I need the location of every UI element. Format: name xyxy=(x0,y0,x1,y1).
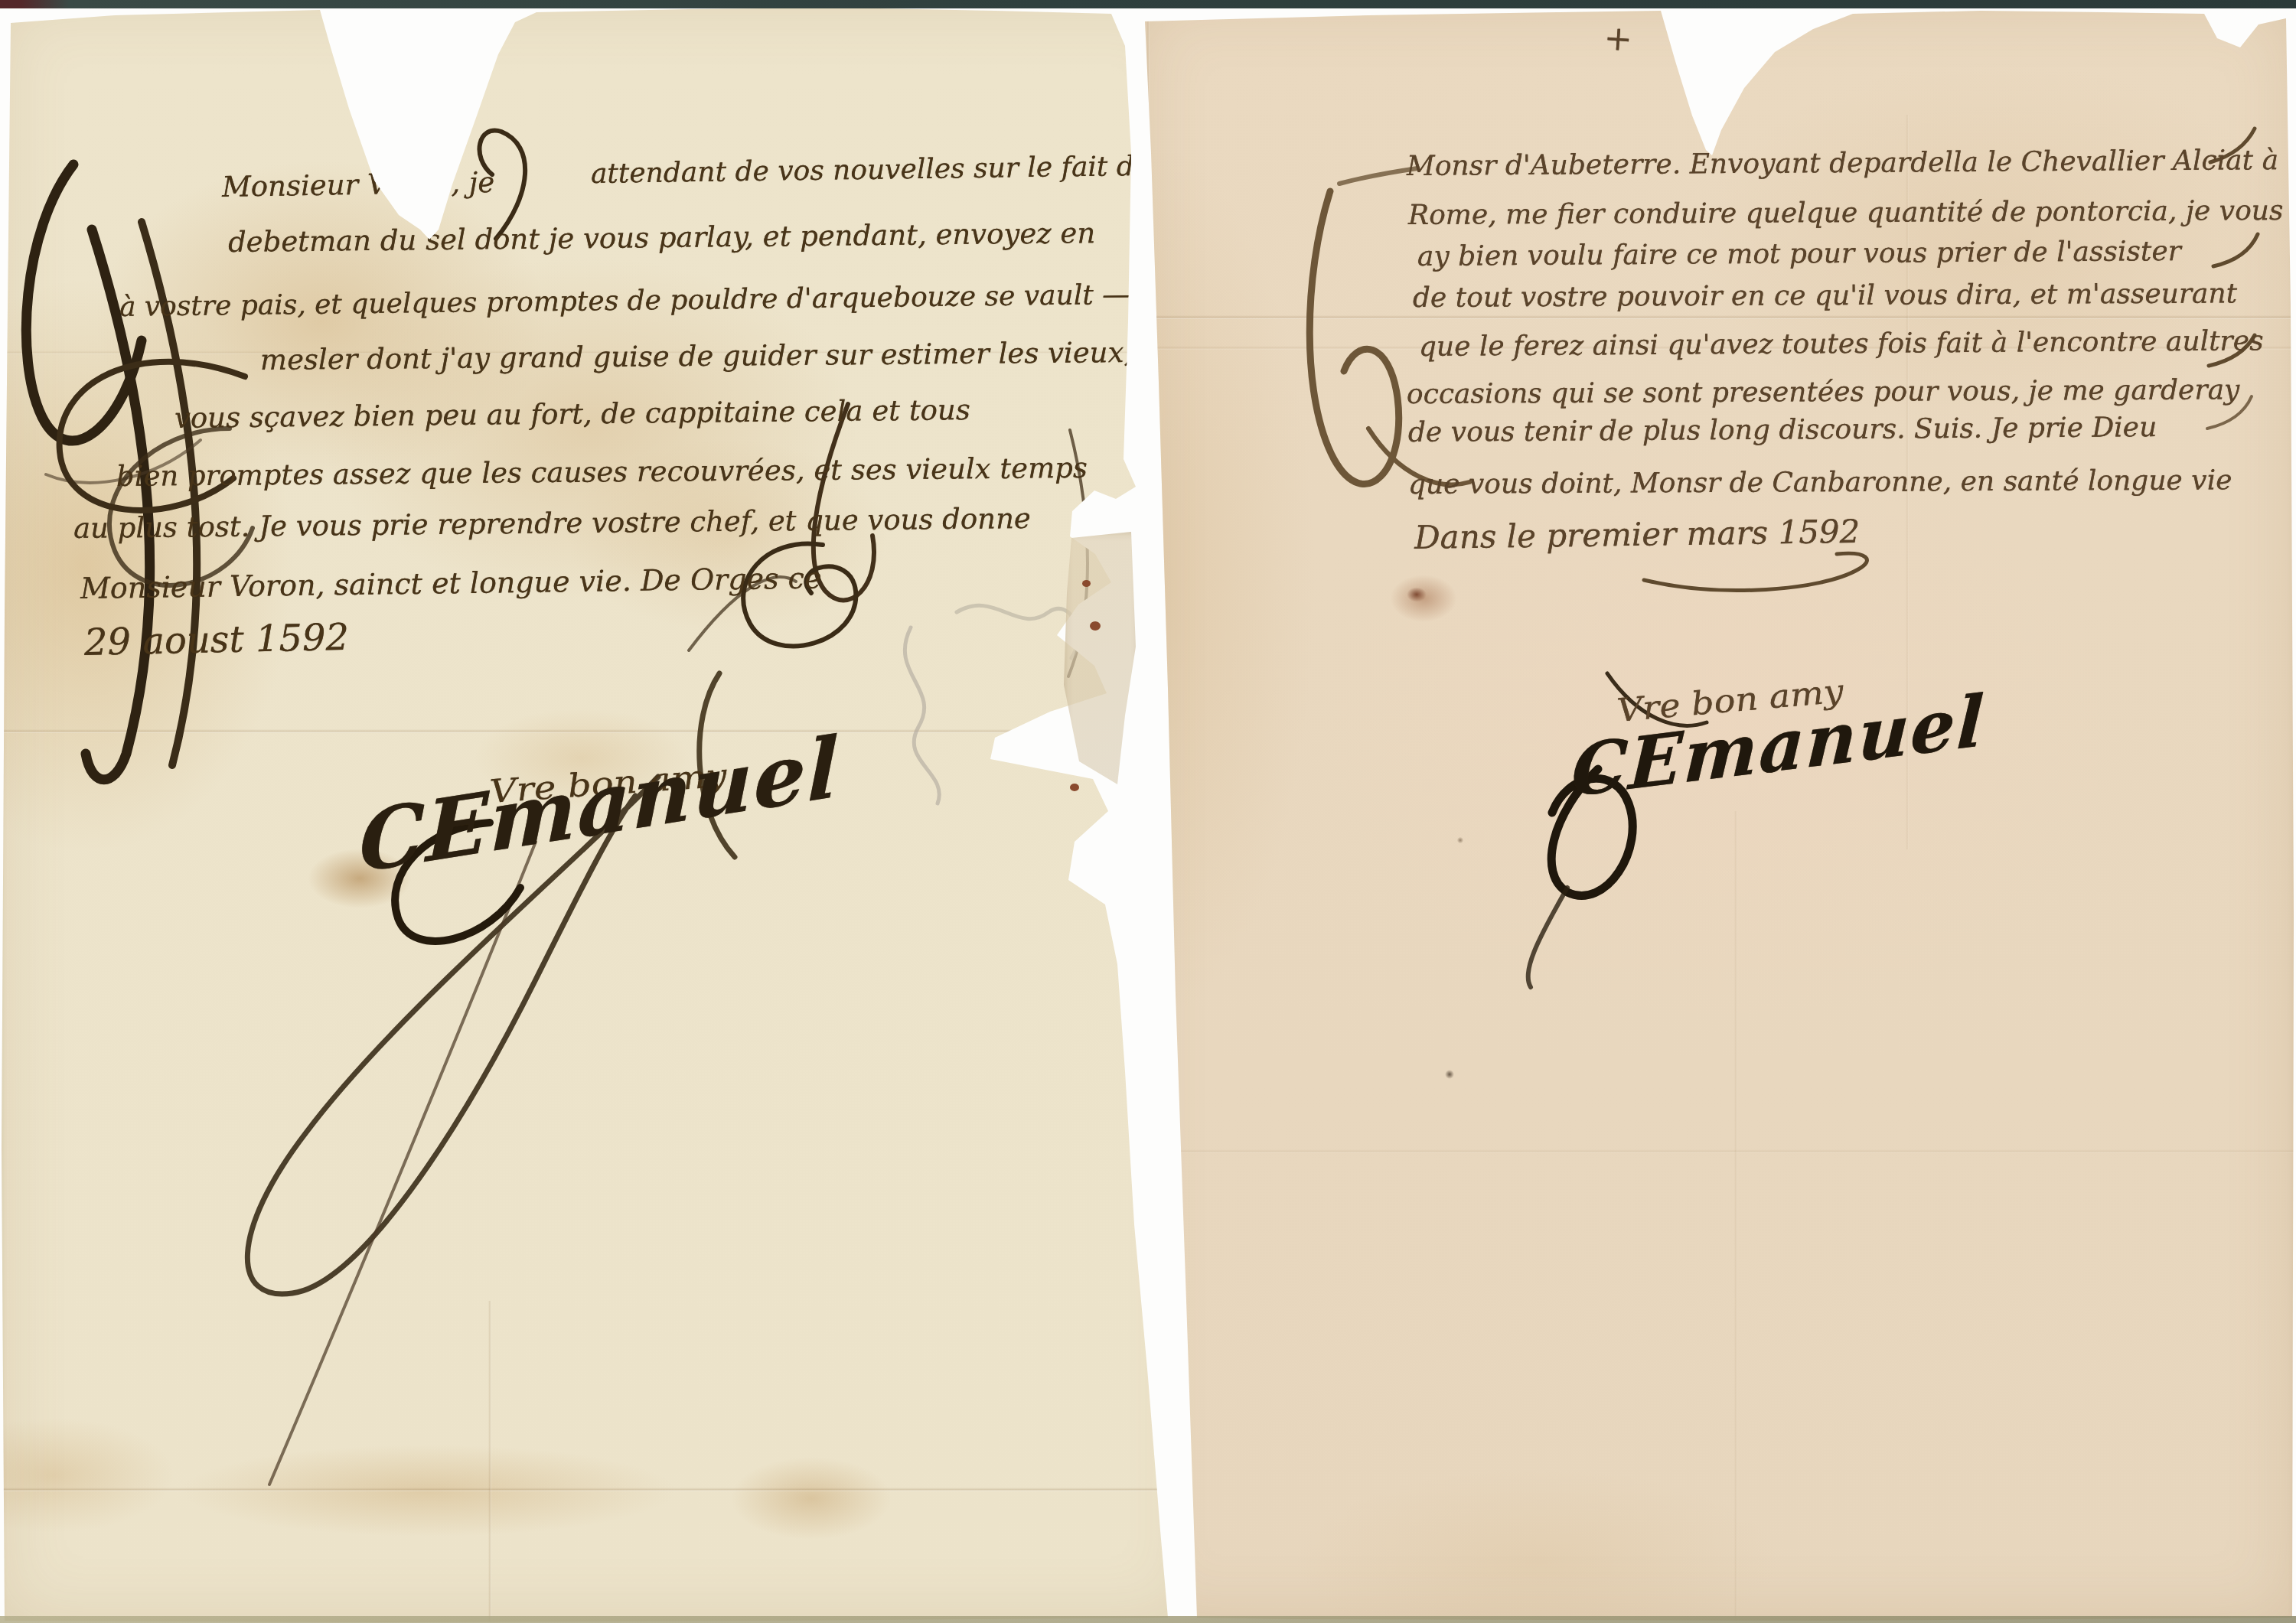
cross-mark: + xyxy=(1603,21,1633,57)
rust-speck xyxy=(1082,580,1091,587)
rust-speck xyxy=(1090,621,1101,631)
handwriting-line: à vostre pais, et quelques promptes de p… xyxy=(119,282,1130,321)
scanner-edge-bottom xyxy=(0,1616,2296,1623)
handwriting-line: que le ferez ainsi qu'avez toutes fois f… xyxy=(1419,328,2264,361)
handwriting-line: mesler dont j'ay grand guise de guider s… xyxy=(260,337,1189,374)
fold-line xyxy=(1139,315,2296,319)
handwriting-line: de tout vostre pouvoir en ce qu'il vous … xyxy=(1413,280,2237,312)
signature: CEmanuel xyxy=(359,725,840,885)
handwriting-line: vous sçavez bien peu au fort, de cappita… xyxy=(174,396,970,432)
handwriting-line: Monsieur Voron, je xyxy=(222,168,495,201)
handwriting-line: de vous tenir de plus long discours. Sui… xyxy=(1408,414,2157,447)
letter-left-paper: Monsieur Voron, je attendant de vos nouv… xyxy=(0,0,1194,1623)
handwriting-line: occasions qui se sont presentées pour vo… xyxy=(1407,376,2240,409)
handwriting-line: ay bien voulu faire ce mot pour vous pri… xyxy=(1417,238,2181,271)
scanner-edge-top xyxy=(0,0,2296,8)
handwriting-line: attendant de vos nouvelles sur le fait d… xyxy=(591,153,1165,188)
scanned-letters: Monsieur Voron, je attendant de vos nouv… xyxy=(0,0,2296,1623)
handwriting-line: que vous doint, Monsr de Canbaronne, en … xyxy=(1408,467,2232,499)
rust-speck xyxy=(1070,784,1079,791)
crease-line xyxy=(488,1301,491,1623)
handwriting-line: au plus tost. Je vous prie reprendre vos… xyxy=(73,504,1031,543)
fold-line xyxy=(1139,1149,2296,1153)
letter-right-paper: + Monsr d'Aubeterre. Envoyant depardella… xyxy=(1139,0,2296,1623)
handwriting-line: bien promptes assez que les causes recou… xyxy=(116,454,1088,490)
handwriting-line: Monsieur Voron, sainct et longue vie. De… xyxy=(80,563,822,603)
handwriting-line: Rome, me fier conduire quelque quantité … xyxy=(1408,197,2284,230)
handwriting-line: Monsr d'Aubeterre. Envoyant depardella l… xyxy=(1407,147,2278,181)
date-line: 29 aoust 1592 xyxy=(83,619,349,661)
crease-line xyxy=(1734,811,1737,1622)
handwriting-line: debetman du sel dont je vous parlay, et … xyxy=(228,219,1096,256)
fold-line xyxy=(0,729,1148,733)
fold-line xyxy=(0,1488,1171,1491)
date-line: Dans le premier mars 1592 xyxy=(1414,516,1861,554)
